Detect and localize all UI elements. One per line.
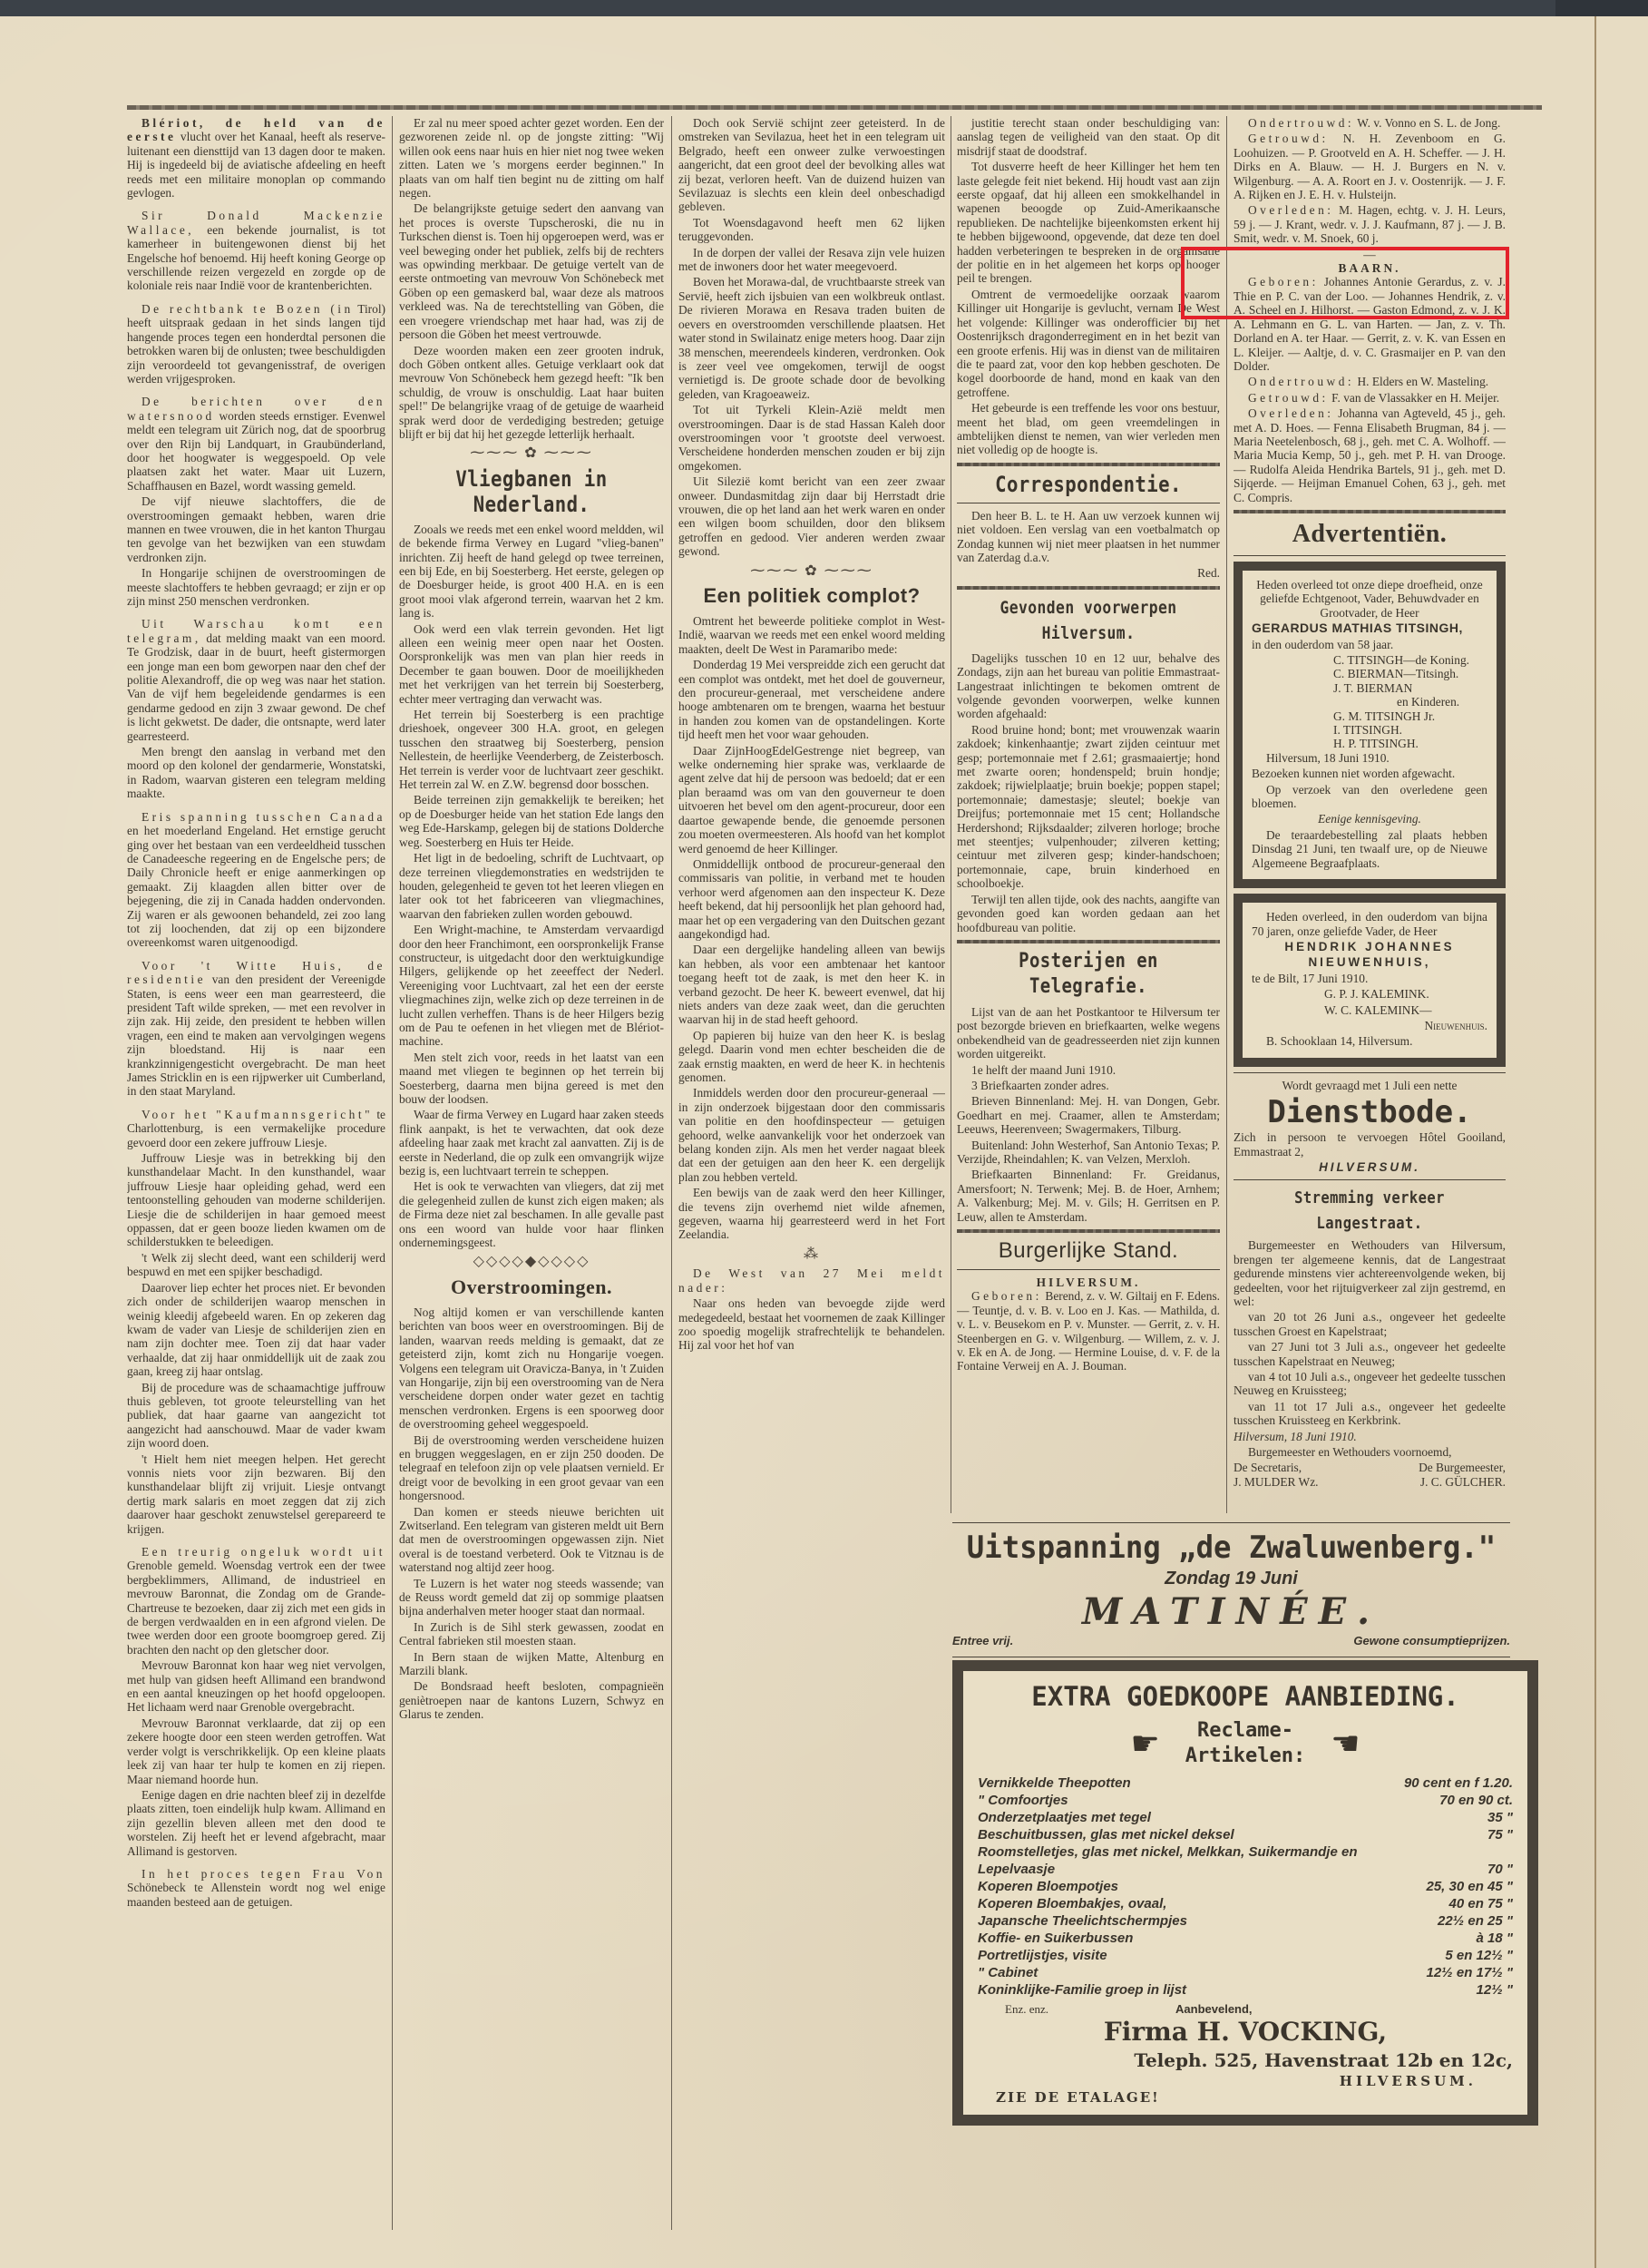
paragraph: Bij de overstrooming werden verscheidene… bbox=[399, 1433, 664, 1503]
section-rule bbox=[957, 463, 1220, 466]
price-row: Portretlijstjes, visite5 en 12½ " bbox=[978, 1947, 1513, 1964]
column-1: Blériot, de held van de eerste vlucht ov… bbox=[127, 116, 385, 2230]
asterism-divider: ⁂ bbox=[678, 1247, 945, 1261]
paragraph: Lijst van de aan het Postkantoor te Hilv… bbox=[957, 1005, 1220, 1061]
heading-advertentien: Advertentiën. bbox=[1234, 519, 1506, 550]
heading-vliegbanen: Vliegbanen in Nederland. bbox=[417, 466, 645, 517]
section-rule bbox=[957, 1229, 1220, 1233]
ad-dienstbode: Wordt gevraagd met 1 Juli een nette Dien… bbox=[1234, 1079, 1506, 1175]
paragraph: Doch ook Servië schijnt zeer geteisterd.… bbox=[678, 116, 945, 214]
family-list: C. TITSINGH—de Koning. C. BIERMAN—Titsin… bbox=[1252, 653, 1487, 751]
top-rule bbox=[127, 105, 1542, 110]
price-row: Koffie- en Suikerbussenà 18 " bbox=[978, 1930, 1513, 1947]
paragraph: Juffrouw Liesje was in betrekking bij de… bbox=[127, 1151, 385, 1249]
paragraph: Onmiddellijk ontbood de procureur-genera… bbox=[678, 857, 945, 941]
price-row: " Comfoortjes70 en 90 ct. bbox=[978, 1792, 1513, 1809]
paragraph: Te Luzern is het water nog steeds wassen… bbox=[399, 1577, 664, 1618]
section-rule bbox=[957, 586, 1220, 590]
section-rule bbox=[1234, 1072, 1506, 1073]
heading-gevonden-voorwerpen: Gevonden voorwerpen Hilversum. bbox=[975, 595, 1201, 646]
column-2: Er zal nu meer spoed achter gezet worden… bbox=[399, 116, 664, 2230]
article-bleriot: Blériot, de held van de eerste vlucht ov… bbox=[127, 116, 385, 200]
article-witte-huis: Voor 't Witte Huis, de residentie van de… bbox=[127, 959, 385, 1099]
ondertrouwd-hilversum: Ondertrouwd: W. v. Vonno en S. L. de Jon… bbox=[1234, 116, 1506, 130]
article-warschau: Uit Warschau komt een telegram, dat meld… bbox=[127, 617, 385, 743]
article-canada: Eris spanning tusschen Canada en het moe… bbox=[127, 810, 385, 950]
paragraph: In de dorpen der vallei der Resava zijn … bbox=[678, 246, 945, 274]
heading-burgerlijke-stand: Burgerlijke Stand. bbox=[957, 1238, 1220, 1264]
paragraph: In Bern staan de wijken Matte, Altenburg… bbox=[399, 1650, 664, 1678]
price-row: Vernikkelde Theepotten90 cent en f 1.20. bbox=[978, 1774, 1513, 1792]
column-5: Ondertrouwd: W. v. Vonno en S. L. de Jon… bbox=[1234, 116, 1506, 1513]
overleden-hilversum: Overleden: M. Hagen, echtg. v. J. H. Leu… bbox=[1234, 203, 1506, 245]
paragraph: Tot uit Tyrkeli Klein-Azië meldt men ove… bbox=[678, 403, 945, 473]
overleden-baarn: Overleden: Johanna van Agteveld, 45 j., … bbox=[1234, 406, 1506, 504]
getrouwd-baarn: Getrouwd: F. van de Vlassakker en H. Mei… bbox=[1234, 391, 1506, 405]
paragraph: Mevrouw Baronnat kon haar weg niet vervo… bbox=[127, 1658, 385, 1715]
paragraph: Er zal nu meer spoed achter gezet worden… bbox=[399, 116, 664, 200]
section-rule bbox=[1234, 1179, 1506, 1180]
column-divider bbox=[392, 116, 393, 2230]
paragraph: Donderdag 19 Mei verspreidde zich een ge… bbox=[678, 658, 945, 741]
paragraph: Op papieren bij huize van den heer K. is… bbox=[678, 1029, 945, 1085]
births-hilversum: Geboren: Berend, z. v. W. Giltaij en F. … bbox=[957, 1289, 1220, 1373]
column-4: justitie terecht staan onder beschuldigi… bbox=[957, 116, 1220, 1513]
paragraph: Briefkaarten Binnenland: Fr. Greidanus, … bbox=[957, 1168, 1220, 1224]
paragraph: Het terrein bij Soesterberg is een prach… bbox=[399, 708, 664, 791]
paragraph: Een Wright-machine, te Amsterdam vervaar… bbox=[399, 923, 664, 1049]
section-rule bbox=[957, 940, 1220, 943]
paragraph: Terwijl ten allen tijde, ook des nachts,… bbox=[957, 893, 1220, 934]
ad-obituary-nieuwenhuis: Heden overleed, in den ouderdom van bijn… bbox=[1234, 894, 1506, 1067]
column-divider bbox=[671, 116, 672, 2230]
paragraph: Deze woorden maken een zeer grooten indr… bbox=[399, 344, 664, 442]
price-row: Onderzetplaatjes met tegel35 " bbox=[978, 1809, 1513, 1826]
paragraph: Daarover liep echter het proces niet. Er… bbox=[127, 1281, 385, 1379]
paragraph: Mevrouw Baronnat verklaarde, dat zij op … bbox=[127, 1716, 385, 1786]
paragraph: justitie terecht staan onder beschuldigi… bbox=[957, 116, 1220, 158]
paragraph: Daar ZijnHoogEdelGestrenge niet begreep,… bbox=[678, 744, 945, 855]
price-row: " Cabinet12½ en 17½ " bbox=[978, 1964, 1513, 1981]
paragraph: Zooals we reeds met een enkel woord meld… bbox=[399, 523, 664, 621]
paragraph: De vijf nieuwe slachtoffers, die de over… bbox=[127, 494, 385, 564]
article-wallace: Sir Donald Mackenzie Wallace, een bekend… bbox=[127, 209, 385, 292]
ornament-divider: ⁓⁓⁓ ✿ ⁓⁓⁓ bbox=[678, 564, 945, 578]
paragraph: Uit Silezië komt bericht van een zeer zw… bbox=[678, 474, 945, 558]
column-3: Doch ook Servië schijnt zeer geteisterd.… bbox=[678, 116, 945, 2230]
section-rule bbox=[952, 1657, 1510, 1657]
paragraph: 't Welk zij slecht deed, want een schild… bbox=[127, 1251, 385, 1279]
price-row: Koperen Bloempotjes25, 30 en 45 " bbox=[978, 1878, 1513, 1895]
section-rule bbox=[957, 1269, 1220, 1270]
section-rule bbox=[1234, 555, 1506, 556]
article-watersnood: De berichten over den watersnood worden … bbox=[127, 395, 385, 493]
paragraph: De belangrijkste getuige sedert den aanv… bbox=[399, 201, 664, 341]
scan-background bbox=[1555, 0, 1648, 16]
paragraph: Bij de procedure was de schaamachtige ju… bbox=[127, 1381, 385, 1451]
ornament-divider: ⁓⁓⁓ ✿ ⁓⁓⁓ bbox=[399, 446, 664, 460]
paragraph: Eenige dagen en drie nachten bleef zij i… bbox=[127, 1788, 385, 1858]
paragraph: Ook werd een vlak terrein gevonden. Het … bbox=[399, 622, 664, 706]
page-fold-line bbox=[1594, 16, 1596, 2268]
getrouwd-hilversum: Getrouwd: N. H. Zevenboom en G. Loohuize… bbox=[1234, 132, 1506, 201]
article-bozen: De rechtbank te Bozen (in Tirol) heeft u… bbox=[127, 302, 385, 386]
paragraph: De Bondsraad heeft besloten, compagnieën… bbox=[399, 1679, 664, 1721]
place-heading: HILVERSUM. bbox=[957, 1276, 1220, 1289]
paragraph: In Hongarije schijnen de overstroomingen… bbox=[127, 566, 385, 608]
paragraph: In Zurich is de Sihl sterk gewassen, zoo… bbox=[399, 1620, 664, 1648]
paragraph: Daar een dergelijke handeling alleen van… bbox=[678, 943, 945, 1026]
paragraph: Dagelijks tusschen 10 en 12 uur, behalve… bbox=[957, 651, 1220, 721]
paragraph: 't Hielt hem niet meegen helpen. Het ger… bbox=[127, 1452, 385, 1536]
section-rule bbox=[1234, 510, 1506, 513]
column-divider bbox=[1226, 116, 1227, 1513]
paragraph: Beide terreinen zijn gemakkelijk te bere… bbox=[399, 793, 664, 849]
ad-zwaluwenberg: Uitspanning „de Zwaluwenberg." Zondag 19… bbox=[952, 1517, 1510, 1663]
paragraph: De West van 27 Mei meldt nader: bbox=[678, 1266, 945, 1295]
paragraph: Men stelt zich voor, reeds in het laatst… bbox=[399, 1051, 664, 1107]
heading-correspondentie: Correspondentie. bbox=[975, 472, 1201, 497]
paragraph: Het is ook te verwachten van vliegers, d… bbox=[399, 1179, 664, 1249]
pointing-hand-right-icon: ☛ bbox=[1130, 1727, 1159, 1760]
article-kaufmannsgericht: Voor het "Kaufmannsgericht" te Charlotte… bbox=[127, 1108, 385, 1149]
paragraph: Het ligt in de bedoeling, schrift de Luc… bbox=[399, 851, 664, 921]
paragraph: Rood bruine hond; bont; met vrouwenzak w… bbox=[957, 723, 1220, 891]
price-row: Japansche Theelichtschermpjes22½ en 25 " bbox=[978, 1912, 1513, 1930]
paragraph: Men brengt den aanslag in verband met de… bbox=[127, 745, 385, 801]
paragraph: Dan komen er steeds nieuwe berichten uit… bbox=[399, 1505, 664, 1575]
heading-politiek-complot: Een politiek complot? bbox=[678, 583, 945, 609]
article-grenoble: Een treurig ongeluk wordt uit Grenoble g… bbox=[127, 1545, 385, 1657]
column-divider bbox=[951, 116, 951, 1513]
section-rule bbox=[957, 503, 1220, 503]
highlight-box-overleden bbox=[1181, 247, 1509, 319]
pointing-hand-left-icon: ☚ bbox=[1331, 1727, 1360, 1760]
signature: Red. bbox=[957, 566, 1220, 580]
article-schonebeck: In het proces tegen Frau Von Schönebeck … bbox=[127, 1867, 385, 1909]
paragraph: Inmiddels werden door den procureur-gene… bbox=[678, 1086, 945, 1184]
section-rule bbox=[952, 1522, 1510, 1523]
price-row: Beschuitbussen, glas met nickel deksel75… bbox=[978, 1826, 1513, 1843]
paragraph: Het gebeurde is een treffende les voor o… bbox=[957, 401, 1220, 457]
paragraph: Nog altijd komen er van verschillende ka… bbox=[399, 1305, 664, 1432]
paragraph: Waar de firma Verwey en Lugard haar zake… bbox=[399, 1108, 664, 1178]
ad-vocking: EXTRA GOEDKOOPE AANBIEDING. ☛ Reclame- A… bbox=[952, 1660, 1538, 2126]
heading-overstroomingen: Overstroomingen. bbox=[399, 1275, 664, 1300]
paragraph: Buitenland: John Westerhof, San Antonio … bbox=[957, 1139, 1220, 1167]
paragraph: 3 Briefkaarten zonder adres. bbox=[957, 1079, 1220, 1092]
paragraph: 1e helft der maand Juni 1910. bbox=[957, 1063, 1220, 1077]
ornament-divider: ◇◇◇◇◆◇◇◇◇ bbox=[399, 1255, 664, 1268]
heading-posterijen: Posterijen en Telegrafie. bbox=[975, 949, 1201, 1000]
paragraph: Een bewijs van de zaak werd den heer Kil… bbox=[678, 1186, 945, 1242]
price-row: Koninklijke-Familie groep in lijst12½ " bbox=[978, 1981, 1513, 1999]
paragraph: Brieven Binnenland: Mej. H. van Dongen, … bbox=[957, 1094, 1220, 1136]
paragraph: Omtrent het beweerde politieke complot i… bbox=[678, 614, 945, 656]
ad-stremming-langestraat: Stremming verkeer Langestraat. Burgemees… bbox=[1234, 1186, 1506, 1489]
price-row: Roomstelletjes, glas met nickel, Melkkan… bbox=[978, 1843, 1513, 1878]
price-row: Koperen Bloembakjes, ovaal,40 en 75 " bbox=[978, 1895, 1513, 1912]
paragraph: Den heer B. L. te H. Aan uw verzoek kunn… bbox=[957, 509, 1220, 565]
ondertrouwd-baarn: Ondertrouwd: H. Elders en W. Masteling. bbox=[1234, 375, 1506, 388]
paragraph: Boven het Morawa-dal, de vruchtbaarste s… bbox=[678, 275, 945, 401]
paragraph: Naar ons heden van bevoegde zijde werd m… bbox=[678, 1296, 945, 1353]
paragraph: Tot Woensdagavond heeft men 62 lijken te… bbox=[678, 216, 945, 244]
price-list: Vernikkelde Theepotten90 cent en f 1.20.… bbox=[978, 1774, 1513, 1999]
ad-obituary-titsingh: Heden overleed tot onze diepe droefheid,… bbox=[1234, 562, 1506, 888]
